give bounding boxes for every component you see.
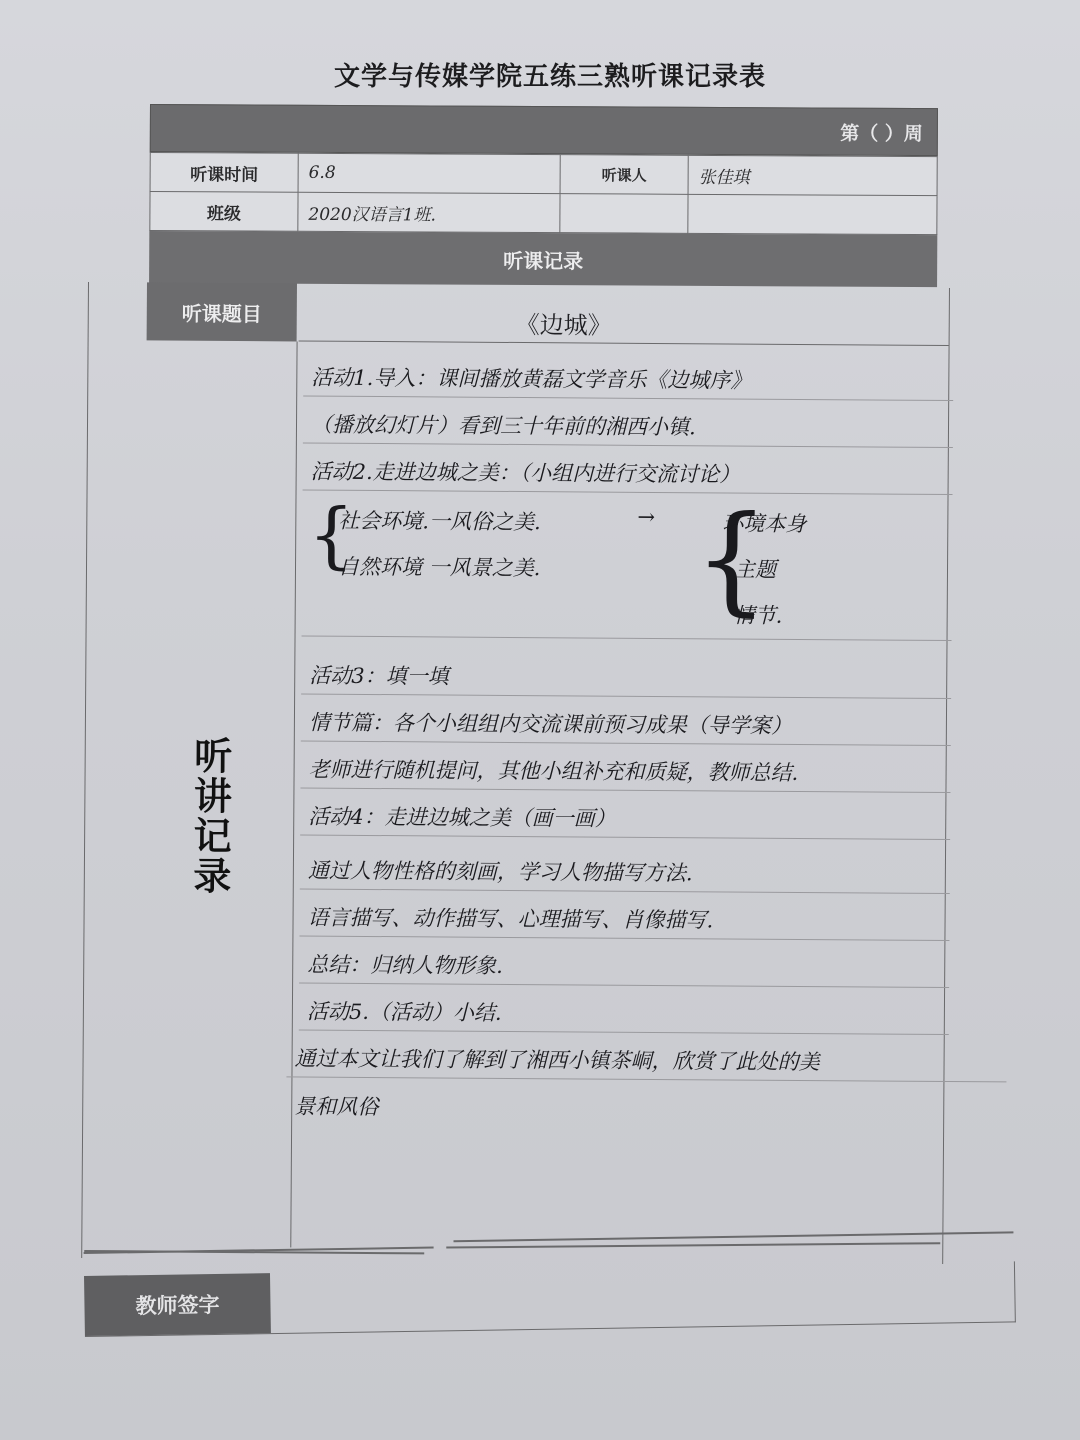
bracket-left-item: 自然环境 一风景之美.	[338, 551, 541, 582]
class-label: 班级	[150, 192, 298, 232]
record-header-label: 听课记录	[503, 244, 583, 273]
note-line: 情节篇：各个小组组内交流课前预习成果（导学案）	[301, 694, 951, 746]
info-row-class: 班级 2020汉语言1班.	[150, 192, 937, 235]
note-line: 总结：归纳人物形象.	[299, 936, 949, 988]
note-line: 景和风俗	[286, 1077, 948, 1129]
side-label-column: 听讲记录	[84, 340, 297, 1247]
time-label: 听课时间	[150, 153, 298, 193]
note-line: 活动1.导入：课间播放黄磊文学音乐《边城序》	[303, 350, 953, 402]
record-section-header: 听课记录	[149, 231, 937, 287]
note-line: 活动5.（活动）小结.	[299, 983, 949, 1035]
note-line: 活动4：走进边城之美（画一画）	[300, 788, 950, 840]
signature-row: 教师签字	[84, 1261, 1016, 1337]
topic-value-field[interactable]: 《边城》	[299, 283, 949, 346]
empty-cell	[688, 194, 937, 234]
divider-line	[446, 1242, 940, 1248]
note-line: 通过本文让我们了解到了湘西小镇茶峒，欣赏了此处的美	[286, 1030, 1006, 1082]
note-line: 语言描写、动作描写、心理描写、肖像描写.	[299, 889, 949, 941]
week-label: 第（ ）周	[840, 118, 923, 145]
form-header-block: 第（ ）周 听课时间 6.8 听课人 张佳琪 班级 2020汉语言1班. 听课记…	[149, 104, 938, 287]
week-bar: 第（ ）周	[150, 104, 938, 156]
arrow-right-icon: →	[637, 505, 655, 529]
record-body: 听课题目 《边城》 听讲记录 活动1.导入：课间播放黄磊文学音乐《边城序》 （播…	[81, 282, 950, 1264]
info-row-time: 听课时间 6.8 听课人 张佳琪	[150, 153, 937, 196]
topic-label: 听课题目	[147, 282, 297, 341]
bracket-right-item: 主题	[734, 554, 776, 584]
signature-label: 教师签字	[84, 1273, 271, 1336]
info-table: 听课时间 6.8 听课人 张佳琪 班级 2020汉语言1班.	[149, 152, 937, 235]
note-line: 通过人物性格的刻画，学习人物描写方法.	[300, 835, 950, 894]
side-label: 听讲记录	[182, 736, 233, 896]
note-line: （播放幻灯片）看到三十年前的湘西小镇.	[303, 397, 953, 449]
bracket-left-item: 社会环境.一风俗之美.	[338, 505, 541, 536]
note-line: 活动2.走进边城之美：（小组内进行交流讨论）	[303, 444, 953, 496]
listener-value-field[interactable]: 张佳琪	[688, 155, 937, 195]
listener-label: 听课人	[560, 155, 688, 195]
topic-value: 《边城》	[516, 305, 612, 341]
signature-field[interactable]	[270, 1261, 1015, 1333]
environment-bracket-diagram: { 社会环境.一风俗之美. 自然环境 一风景之美. → { 环境本身 主题 情节…	[302, 491, 953, 642]
notes-area[interactable]: 活动1.导入：课间播放黄磊文学音乐《边城序》 （播放幻灯片）看到三十年前的湘西小…	[298, 350, 953, 1130]
note-line: 老师进行随机提问，其他小组补充和质疑，教师总结.	[300, 741, 950, 793]
class-value-field[interactable]: 2020汉语言1班.	[298, 192, 560, 232]
photographed-form-page: 文学与传媒学院五练三熟听课记录表 第（ ）周 听课时间 6.8 听课人 张佳琪 …	[0, 0, 1080, 1440]
bracket-right-item: 环境本身	[722, 507, 806, 538]
bracket-right-item: 情节.	[734, 600, 783, 630]
empty-cell	[560, 194, 688, 234]
time-value-field[interactable]: 6.8	[298, 153, 560, 193]
form-title: 文学与传媒学院五练三熟听课记录表	[300, 56, 800, 93]
note-line: 活动3：填一填	[301, 636, 951, 699]
